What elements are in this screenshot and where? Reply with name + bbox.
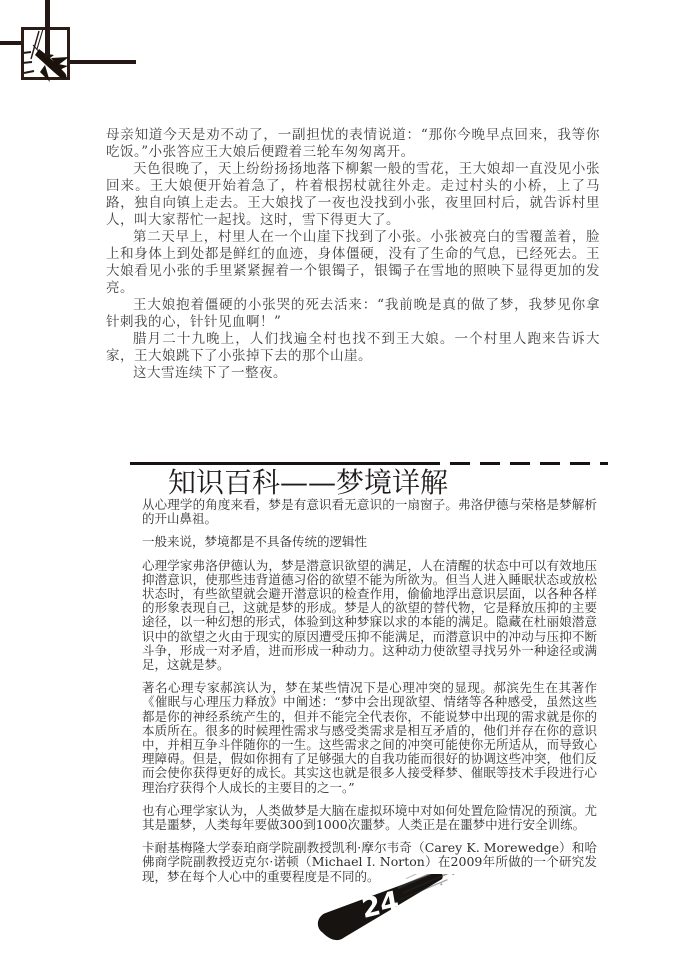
section-intro: 从心理学的角度来看，梦是有意识看无意识的一扇窗子。弗洛伊德与荣格是梦解析的开山鼻… — [142, 498, 597, 526]
section-subheading: 一般来说，梦境都是不具备传统的逻辑性 — [142, 535, 597, 549]
story-paragraph: 王大娘抱着僵硬的小张哭的死去活来：“我前晚是真的做了梦，我梦见你拿针刺我的心，针… — [106, 297, 600, 331]
section-paragraph: 也有心理学家认为，人类做梦是大脑在虚拟环境中对如何处置危险情况的预演。尤其是噩梦… — [142, 804, 597, 832]
ink-brush-stroke-icon: 24 — [303, 874, 473, 946]
story-paragraph: 腊月二十九晚上，人们找遍全村也找不到王大娘。一个村里人跑来告诉大家，王大娘跳下了… — [106, 331, 600, 365]
bamboo-ink-corner-icon — [0, 0, 160, 100]
story-paragraph: 母亲知道今天是劝不动了，一副担忧的表情说道：“那你今晚早点回来，我等你吃饭。”小… — [106, 127, 600, 161]
section-title: 知识百科——梦境详解 — [168, 461, 448, 501]
section-body: 从心理学的角度来看，梦是有意识看无意识的一扇窗子。弗洛伊德与荣格是梦解析的开山鼻… — [142, 498, 597, 893]
story-paragraph: 第二天早上，村里人在一个山崖下找到了小张。小张被亮白的雪覆盖着，脸上和身体上到处… — [106, 229, 600, 297]
page-number: 24 — [359, 885, 401, 925]
section-paragraph: 心理学家弗洛伊德认为，梦是潜意识欲望的满足，人在清醒的状态中可以有效地压抑潜意识… — [142, 559, 597, 673]
page-number-brush: 24 — [303, 874, 473, 946]
corner-vertical-rule — [45, 0, 50, 57]
section-paragraph: 著名心理专家郝滨认为，梦在某些情况下是心理冲突的显现。郝滨先生在其著作《催眠与心… — [142, 681, 597, 795]
corner-left-rule — [0, 41, 22, 45]
section-rule-dashed — [440, 462, 608, 465]
story-paragraph: 这大雪连续下了一整夜。 — [106, 365, 600, 382]
story-text-block: 母亲知道今天是劝不动了，一副担忧的表情说道：“那你今晚早点回来，我等你吃饭。”小… — [106, 127, 600, 382]
corner-right-rule — [69, 60, 136, 64]
story-paragraph: 天色很晚了，天上纷纷扬扬地落下柳絮一般的雪花，王大娘却一直没见小张回来。王大娘便… — [106, 161, 600, 229]
